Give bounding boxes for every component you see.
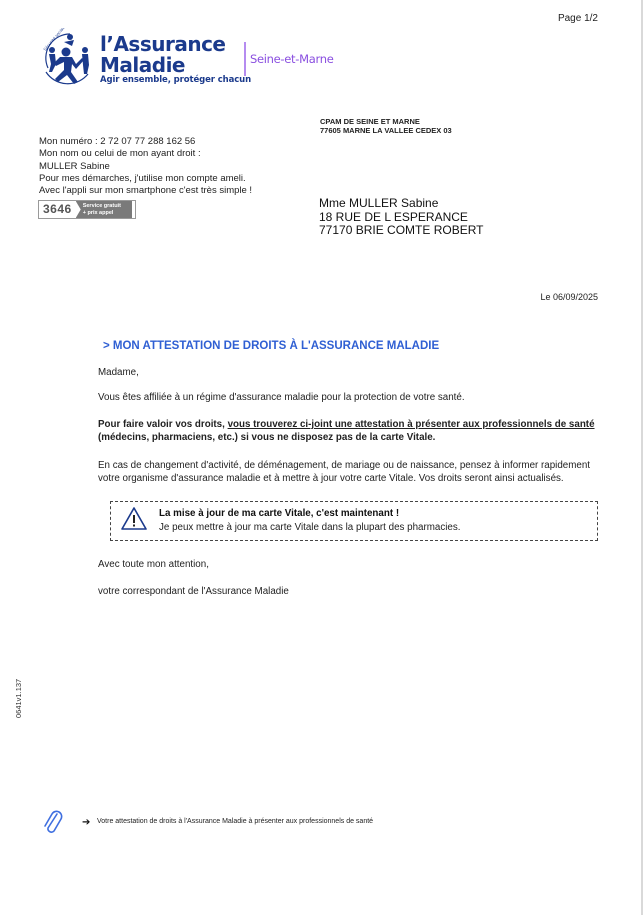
insured-name-label: Mon nom ou celui de mon ayant droit : <box>39 148 252 160</box>
logo-divider <box>244 42 246 76</box>
insured-name: MULLER Sabine <box>39 161 252 173</box>
letter-date: Le 06/09/2025 <box>540 292 598 302</box>
document-reference: 0641v1.137 <box>14 679 23 718</box>
recipient-street: 18 RUE DE L ESPERANCE <box>319 211 484 225</box>
notice-title: La mise à jour de ma carte Vitale, c'est… <box>159 508 399 519</box>
recipient-address: Mme MULLER Sabine 18 RUE DE L ESPERANCE … <box>319 197 484 238</box>
paragraph-changes: En cas de changement d'activité, de démé… <box>98 459 608 486</box>
paperclip-icon <box>42 810 64 836</box>
salutation: Madame, <box>98 366 608 379</box>
people-emblem-icon: Sécurité sociale <box>38 28 98 88</box>
assurance-maladie-logo: Sécurité sociale l’Assurance Maladie Agi… <box>38 28 338 94</box>
svg-text:Sécurité sociale: Sécurité sociale <box>42 28 67 52</box>
paragraph-affiliation: Vous êtes affiliée à un régime d'assuran… <box>98 391 608 404</box>
phone-badge: 3646 Service gratuit + prix appel <box>38 200 136 219</box>
vitale-notice-box: La mise à jour de ma carte Vitale, c'est… <box>110 501 598 541</box>
app-line: Avec l'appli sur mon smartphone c'est tr… <box>39 185 252 197</box>
insured-number: Mon numéro : 2 72 07 77 288 162 56 <box>39 136 252 148</box>
page-number: Page 1/2 <box>558 13 598 24</box>
recipient-city: 77170 BRIE COMTE ROBERT <box>319 224 484 238</box>
notice-text: Je peux mettre à jour ma carte Vitale da… <box>159 522 461 533</box>
logo-org-name: l’Assurance Maladie <box>100 34 226 76</box>
arrow-right-icon: ➔ <box>82 817 90 828</box>
logo-tagline: Agir ensemble, protéger chacun <box>100 75 251 85</box>
closing: Avec toute mon attention, <box>98 558 608 571</box>
warning-icon <box>120 506 148 532</box>
logo-region: Seine-et-Marne <box>250 52 333 66</box>
signature: votre correspondant de l'Assurance Malad… <box>98 585 608 598</box>
letter-heading: > MON ATTESTATION DE DROITS À L'ASSURANC… <box>103 340 439 352</box>
sender-address: CPAM DE SEINE ET MARNE 77605 MARNE LA VA… <box>320 117 452 135</box>
attachment-description: Votre attestation de droits à l'Assuranc… <box>97 818 373 825</box>
ameli-line: Pour mes démarches, j'utilise mon compte… <box>39 173 252 185</box>
phone-number: 3646 <box>39 201 76 218</box>
paragraph-rights: Pour faire valoir vos droits, vous trouv… <box>98 418 608 445</box>
insured-info: Mon numéro : 2 72 07 77 288 162 56 Mon n… <box>39 136 252 197</box>
recipient-name: Mme MULLER Sabine <box>319 197 484 211</box>
phone-tag: Service gratuit + prix appel <box>76 201 132 218</box>
